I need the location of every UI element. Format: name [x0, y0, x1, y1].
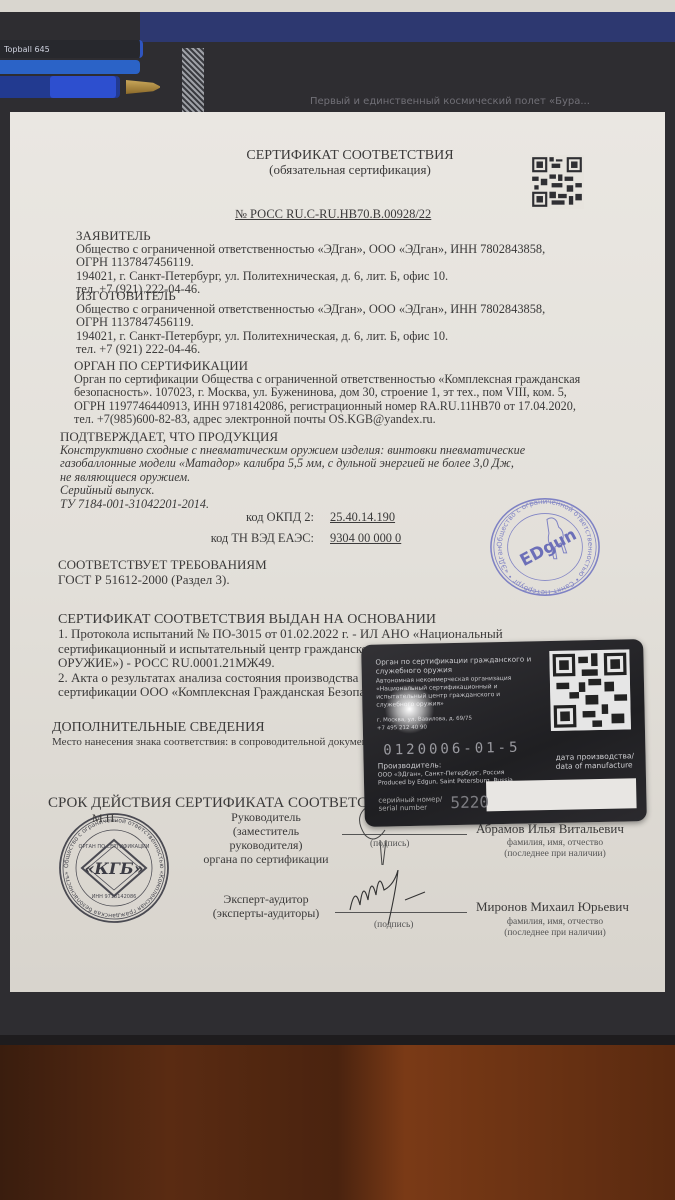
- role-line: Эксперт-аудитор: [196, 892, 336, 906]
- svg-text:ОРГАН ПО СЕРТИФИКАЦИИ: ОРГАН ПО СЕРТИФИКАЦИИ: [79, 844, 150, 850]
- name-caption-line: фамилия, имя, отчество: [490, 917, 620, 928]
- card-qr-code-icon: [549, 649, 631, 731]
- basis-line: 1. Протокола испытаний № ПО-3015 от 01.0…: [58, 627, 658, 642]
- role-line: (эксперты-аудиторы): [196, 906, 336, 920]
- svg-text:«КГБ»: «КГБ»: [84, 859, 143, 878]
- name-caption-line: (последнее при наличии): [490, 928, 620, 939]
- cert-body-line: Орган по сертификации Общества с огранич…: [74, 373, 654, 387]
- light-glare: [384, 683, 435, 734]
- manufacturer-section: ИЗГОТОВИТЕЛЬ Общество с ограниченной отв…: [76, 289, 636, 357]
- serial-number-value: 5220: [450, 792, 489, 812]
- svg-text:ИНН 9718142086: ИНН 9718142086: [92, 894, 137, 900]
- applicant-line: Общество с ограниченной ответственностью…: [76, 243, 636, 257]
- manufacturer-line: ОГРН 1137847456119.: [76, 316, 636, 330]
- name-caption-line: (последнее при наличии): [490, 849, 620, 860]
- card-embossed-serial: 0120006-01-5: [383, 740, 520, 759]
- certificate-number: № РОСС RU.C-RU.HB70.B.00928/22: [235, 208, 431, 222]
- cert-body-line: безопасность». 107023, г. Москва, ул. Бу…: [74, 386, 654, 400]
- date-label-line: data of manufacture: [556, 760, 635, 771]
- manufacture-date-label: дата производства/ data of manufacture: [555, 751, 634, 771]
- serial-number-label: серийный номер/ serial number: [378, 795, 442, 812]
- signatory-role: Эксперт-аудитор (эксперты-аудиторы): [196, 892, 336, 920]
- producer-line: Производитель:: [378, 761, 442, 770]
- compliance-standard: ГОСТ Р 51612-2000 (Раздел 3).: [58, 572, 267, 587]
- tnved-value: 9304 00 000 0: [330, 532, 401, 546]
- pen-grip: [50, 76, 116, 98]
- applicant-section: ЗАЯВИТЕЛЬ Общество с ограниченной ответс…: [76, 229, 636, 297]
- manufacturer-line: 194021, г. Санкт-Петербург, ул. Политехн…: [76, 330, 636, 344]
- pen-blue: [0, 60, 140, 74]
- kgb-stamp-icon: Общество с ограниченной ответственностью…: [58, 808, 170, 926]
- serial-label-line: serial number: [378, 803, 442, 812]
- tnved-label: код ТН ВЭД ЕАЭС:: [164, 532, 314, 546]
- basis-heading: СЕРТИФИКАТ СООТВЕТСТВИЯ ВЫДАН НА ОСНОВАН…: [58, 612, 658, 627]
- cert-body-line: тел. +7(985)600-82-83, адрес электронной…: [74, 413, 654, 427]
- product-heading: ПОДТВЕРЖДАЕТ, ЧТО ПРОДУКЦИЯ: [60, 430, 640, 444]
- signature-caption: (подпись): [370, 838, 409, 852]
- pen-label: Topball 645: [4, 45, 50, 54]
- card-fine-print: [553, 733, 639, 735]
- signature-caption: (подпись): [374, 919, 413, 933]
- product-line: не являющиеся оружием.: [60, 471, 640, 485]
- card-text-line: Орган по сертификации гражданского и: [375, 655, 531, 666]
- manufacturer-heading: ИЗГОТОВИТЕЛЬ: [76, 289, 636, 303]
- signatory-name: Миронов Михаил Юрьевич: [476, 900, 629, 914]
- name-caption: фамилия, имя, отчество (последнее при на…: [490, 838, 620, 860]
- desk-surface: [0, 0, 675, 12]
- certification-card: Орган по сертификации гражданского и слу…: [361, 639, 647, 827]
- okpd-label: код ОКПД 2:: [164, 511, 314, 525]
- mat-printed-text: Первый и единственный космический полет …: [310, 96, 590, 107]
- cert-body-heading: ОРГАН ПО СЕРТИФИКАЦИИ: [74, 359, 654, 373]
- applicant-line: ОГРН 1137847456119.: [76, 256, 636, 270]
- card-text-line: служебного оружия: [376, 666, 453, 676]
- svg-text:EDgun: EDgun: [516, 524, 579, 570]
- manufacturer-line: Общество с ограниченной ответственностью…: [76, 303, 636, 317]
- qr-code-icon: [530, 155, 584, 209]
- compliance-section: СООТВЕТСТВУЕТ ТРЕБОВАНИЯМ ГОСТ Р 51612-2…: [58, 557, 267, 587]
- date-field: [486, 778, 637, 811]
- applicant-heading: ЗАЯВИТЕЛЬ: [76, 229, 636, 243]
- role-line: Руководитель: [196, 810, 336, 824]
- name-caption-line: фамилия, имя, отчество: [490, 838, 620, 849]
- compliance-heading: СООТВЕТСТВУЕТ ТРЕБОВАНИЯМ: [58, 557, 267, 572]
- product-line: Конструктивно сходные с пневматическим о…: [60, 444, 640, 458]
- mat-stitched-band: [140, 12, 675, 42]
- product-line: газобаллонные модели «Матадор» калибра 5…: [60, 457, 640, 471]
- signatory-role: Руководитель (заместитель руководителя) …: [196, 810, 336, 866]
- seal-mark: М.П.: [92, 812, 117, 826]
- role-line: органа по сертификации: [196, 852, 336, 866]
- cert-body-section: ОРГАН ПО СЕРТИФИКАЦИИ Орган по сертифика…: [74, 359, 654, 427]
- name-caption: фамилия, имя, отчество (последнее при на…: [490, 917, 620, 939]
- okpd-value: 25.40.14.190: [330, 511, 395, 525]
- manufacturer-line: тел. +7 (921) 222-04-46.: [76, 343, 636, 357]
- certificate-subtitle: (обязательная сертификация): [200, 163, 500, 177]
- cert-body-line: ОГРН 1197746440913, ИНН 9718142086, реги…: [74, 400, 654, 414]
- applicant-line: 194021, г. Санкт-Петербург, ул. Политехн…: [76, 270, 636, 284]
- role-line: (заместитель руководителя): [196, 824, 336, 852]
- wooden-floor: [0, 1045, 675, 1200]
- edgun-stamp-icon: Общество с ограниченной ответственностью…: [486, 495, 604, 599]
